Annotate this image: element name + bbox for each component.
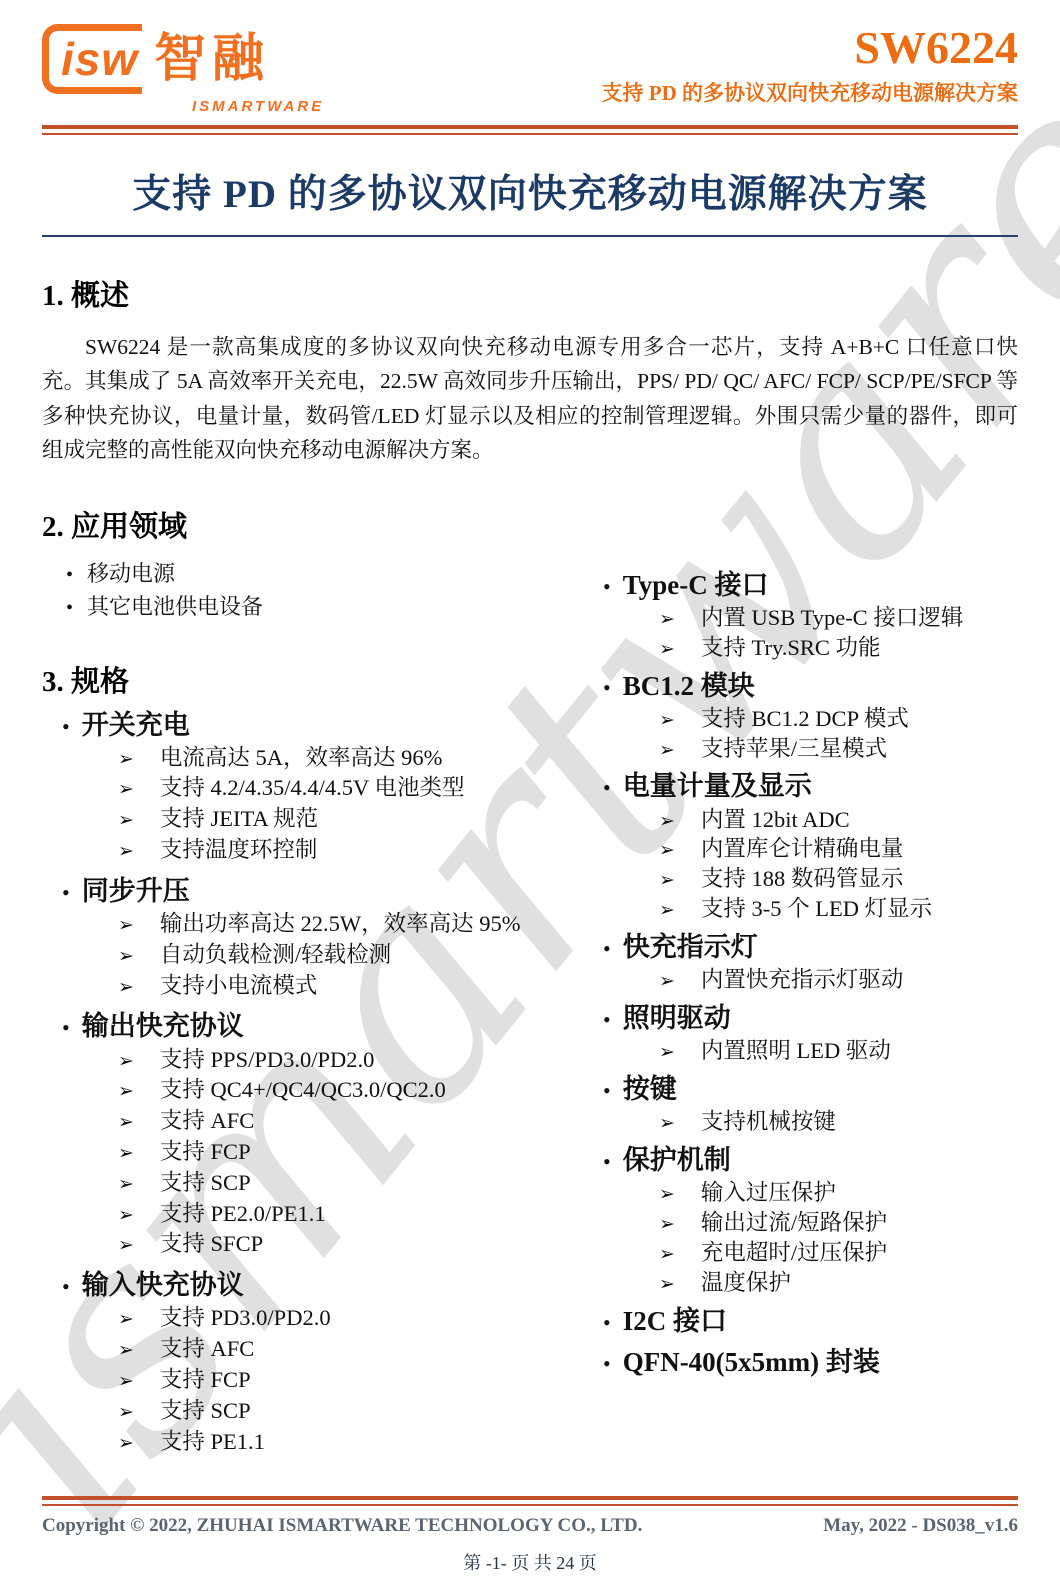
- arrow-bullet-icon: ➢: [118, 1110, 134, 1136]
- spec-item: ➢ 支持小电流模式: [42, 971, 587, 1002]
- spec-group-title: • I2C 接口: [597, 1304, 1018, 1339]
- arrow-bullet-icon: ➢: [118, 1172, 134, 1198]
- logo-chinese-text: 智融: [154, 33, 270, 85]
- spec-item-label: 支持温度环控制: [160, 835, 318, 866]
- spec-item: ➢ 内置 USB Type-C 接口逻辑: [597, 603, 1018, 633]
- spec-item-label: 支持 SCP: [160, 1168, 251, 1199]
- spec-item: ➢ 支持温度环控制: [42, 835, 587, 866]
- spec-group-sync-boost: • 同步升压 ➢ 输出功率高达 22.5W，效率高达 95% ➢: [42, 874, 587, 1002]
- arrow-bullet-icon: ➢: [659, 1111, 675, 1136]
- arrow-bullet-icon: ➢: [659, 607, 675, 632]
- spec-item: ➢ 支持 188 数码管显示: [597, 864, 1018, 894]
- spec-group-protection: • 保护机制 ➢ 输入过压保护 ➢ 输出: [597, 1143, 1018, 1298]
- arrow-bullet-icon: ➢: [659, 868, 675, 893]
- spec-item: ➢ 支持 AFC: [42, 1106, 587, 1137]
- spec-item-label: 支持 AFC: [160, 1106, 254, 1137]
- spec-columns: 2. 应用领域 • 移动电源 • 其它电池供电设备 3. 规格: [42, 468, 1018, 1458]
- spec-item: ➢ 支持 SCP: [42, 1396, 587, 1427]
- spec-item-label: 输入过压保护: [701, 1178, 836, 1208]
- application-item-label: 移动电源: [87, 557, 175, 590]
- spec-item-label: 支持 FCP: [160, 1365, 251, 1396]
- spec-item-label: 支持 188 数码管显示: [701, 864, 904, 894]
- spec-item-label: 支持 FCP: [160, 1137, 251, 1168]
- spec-group-title: • QFN-40(5x5mm) 封装: [597, 1345, 1018, 1380]
- bullet-icon: •: [62, 879, 70, 908]
- spec-item-label: 支持 PD3.0/PD2.0: [160, 1303, 331, 1334]
- spec-group-title-label: 电量计量及显示: [623, 769, 812, 804]
- arrow-bullet-icon: ➢: [659, 637, 675, 662]
- spec-group-button: • 按键 ➢ 支持机械按键: [597, 1072, 1018, 1137]
- bullet-icon: •: [603, 774, 611, 803]
- spec-group-input-protocols: • 输入快充协议 ➢ 支持 PD3.0/PD2.0 ➢: [42, 1268, 587, 1457]
- section-1-heading: 1. 概述: [42, 273, 1018, 314]
- arrow-bullet-icon: ➢: [118, 1079, 134, 1105]
- arrow-bullet-icon: ➢: [659, 809, 675, 834]
- spec-group-title: • 输出快充协议: [42, 1009, 587, 1044]
- arrow-bullet-icon: ➢: [659, 838, 675, 863]
- spec-group-title-label: QFN-40(5x5mm) 封装: [623, 1345, 880, 1380]
- bullet-icon: •: [603, 1006, 611, 1035]
- spec-item: ➢ 自动负载检测/轻载检测: [42, 940, 587, 971]
- arrow-bullet-icon: ➢: [659, 1040, 675, 1065]
- arrow-bullet-icon: ➢: [118, 1400, 134, 1426]
- spec-group-lighting: • 照明驱动 ➢ 内置照明 LED 驱动: [597, 1001, 1018, 1066]
- spec-group-title-label: 照明驱动: [623, 1001, 731, 1036]
- spec-item: ➢ 输入过压保护: [597, 1178, 1018, 1208]
- spec-item-label: 充电超时/过压保护: [701, 1238, 887, 1268]
- header-divider: [42, 125, 1018, 135]
- bullet-icon: •: [66, 560, 73, 590]
- logo-bracket-shape: isw: [42, 24, 142, 94]
- spec-item: ➢ 支持 AFC: [42, 1334, 587, 1365]
- spec-item: ➢ 支持 PE2.0/PE1.1: [42, 1199, 587, 1230]
- spec-item-label: 支持小电流模式: [160, 971, 318, 1002]
- arrow-bullet-icon: ➢: [659, 969, 675, 994]
- spec-group-fuel-gauge: • 电量计量及显示 ➢ 内置 12bit ADC ➢: [597, 769, 1018, 924]
- logo-subtext: ISMARTWARE: [192, 98, 324, 115]
- title-divider: [42, 235, 1018, 237]
- spec-item-list: ➢ 内置 USB Type-C 接口逻辑 ➢ 支持 Try.SRC 功能: [597, 603, 1018, 663]
- left-column: 2. 应用领域 • 移动电源 • 其它电池供电设备 3. 规格: [42, 468, 587, 1458]
- spec-item: ➢ 支持 PD3.0/PD2.0: [42, 1303, 587, 1334]
- arrow-bullet-icon: ➢: [118, 1233, 134, 1259]
- arrow-bullet-icon: ➢: [118, 777, 134, 803]
- spec-group-title: • 按键: [597, 1072, 1018, 1107]
- spec-item: ➢ 电流高达 5A，效率高达 96%: [42, 743, 587, 774]
- copyright-text: Copyright © 2022, ZHUHAI ISMARTWARE TECH…: [42, 1515, 642, 1537]
- spec-group-title: • 照明驱动: [597, 1001, 1018, 1036]
- spec-item: ➢ 支持 4.2/4.35/4.4/4.5V 电池类型: [42, 773, 587, 804]
- bullet-icon: •: [62, 1014, 70, 1043]
- spec-item-label: 支持 Try.SRC 功能: [701, 633, 881, 663]
- spec-group-title-label: 快充指示灯: [623, 930, 758, 965]
- arrow-bullet-icon: ➢: [118, 747, 134, 773]
- spec-item: ➢ 内置 12bit ADC: [597, 805, 1018, 835]
- arrow-bullet-icon: ➢: [118, 839, 134, 865]
- spec-item: ➢ 支持 Try.SRC 功能: [597, 633, 1018, 663]
- spec-group-switch-charging: • 开关充电 ➢ 电流高达 5A，效率高达 96% ➢: [42, 708, 587, 866]
- spec-item: ➢ 内置照明 LED 驱动: [597, 1036, 1018, 1066]
- spec-group-title-label: I2C 接口: [623, 1304, 727, 1339]
- spec-item-label: 支持 PE1.1: [160, 1427, 265, 1458]
- arrow-bullet-icon: ➢: [118, 1307, 134, 1333]
- spec-group-title: • BC1.2 模块: [597, 669, 1018, 704]
- spec-item: ➢ 支持苹果/三星模式: [597, 734, 1018, 764]
- arrow-bullet-icon: ➢: [118, 1203, 134, 1229]
- spec-group-package: • QFN-40(5x5mm) 封装: [597, 1345, 1018, 1380]
- spec-group-i2c: • I2C 接口: [597, 1304, 1018, 1339]
- spec-item-list: ➢ 内置 12bit ADC ➢ 内置库仑计精确电量 ➢ 支持 18: [597, 805, 1018, 925]
- spec-item-list: ➢ 输入过压保护 ➢ 输出过流/短路保护 ➢ 充电超时/过压保护: [597, 1178, 1018, 1298]
- bullet-icon: •: [66, 593, 73, 623]
- spec-group-title: • 同步升压: [42, 874, 587, 909]
- spec-group-title-label: 输入快充协议: [82, 1268, 244, 1303]
- arrow-bullet-icon: ➢: [659, 1272, 675, 1297]
- spec-group-title: • 保护机制: [597, 1143, 1018, 1178]
- spec-item: ➢ 支持 SFCP: [42, 1229, 587, 1260]
- arrow-bullet-icon: ➢: [659, 898, 675, 923]
- section-2-heading: 2. 应用领域: [42, 504, 587, 545]
- spec-item-label: 支持 PE2.0/PE1.1: [160, 1199, 326, 1230]
- arrow-bullet-icon: ➢: [118, 975, 134, 1001]
- arrow-bullet-icon: ➢: [118, 1369, 134, 1395]
- spec-group-title-label: 同步升压: [82, 874, 190, 909]
- spec-item: ➢ 支持 3-5 个 LED 灯显示: [597, 894, 1018, 924]
- arrow-bullet-icon: ➢: [118, 1431, 134, 1457]
- spec-item-label: 内置照明 LED 驱动: [701, 1036, 891, 1066]
- spec-item-label: 输出功率高达 22.5W，效率高达 95%: [160, 909, 521, 940]
- spec-item: ➢ 输出过流/短路保护: [597, 1208, 1018, 1238]
- spec-group-title-label: 按键: [623, 1072, 677, 1107]
- spec-group-title-label: 输出快充协议: [82, 1009, 244, 1044]
- right-column: • Type-C 接口 ➢ 内置 USB Type-C 接口逻辑 ➢: [587, 468, 1018, 1458]
- spec-item-label: 支持 AFC: [160, 1334, 254, 1365]
- bullet-icon: •: [603, 674, 611, 703]
- spec-item: ➢ 支持机械按键: [597, 1107, 1018, 1137]
- overview-paragraph: SW6224 是一款高集成度的多协议双向快充移动电源专用多合一芯片，支持 A+B…: [42, 330, 1018, 468]
- spec-item: ➢ 支持 FCP: [42, 1137, 587, 1168]
- spec-item: ➢ 支持 PE1.1: [42, 1427, 587, 1458]
- spec-group-title: • Type-C 接口: [597, 568, 1018, 603]
- spec-item: ➢ 支持 JEITA 规范: [42, 804, 587, 835]
- spec-item-label: 支持 4.2/4.35/4.4/4.5V 电池类型: [160, 773, 465, 804]
- spec-item: ➢ 充电超时/过压保护: [597, 1238, 1018, 1268]
- spec-item: ➢ 支持 FCP: [42, 1365, 587, 1396]
- ismartware-logo: isw 智融 ISMARTWARE: [42, 24, 324, 115]
- spec-group-title-label: 保护机制: [623, 1143, 731, 1178]
- spec-group-title-label: Type-C 接口: [623, 568, 769, 603]
- page-header: isw 智融 ISMARTWARE SW6224 支持 PD 的多协议双向快充移…: [42, 0, 1018, 115]
- spec-item: ➢ 支持 PPS/PD3.0/PD2.0: [42, 1045, 587, 1076]
- bullet-icon: •: [603, 1148, 611, 1177]
- datasheet-page: ismartware isw 智融 ISMARTWARE SW6224 支持 P…: [0, 0, 1060, 1587]
- spec-item-list: ➢ 电流高达 5A，效率高达 96% ➢ 支持 4.2/4.35/4.4/4.5…: [42, 743, 587, 866]
- section-overview: 1. 概述 SW6224 是一款高集成度的多协议双向快充移动电源专用多合一芯片，…: [42, 273, 1018, 468]
- bullet-icon: •: [603, 573, 611, 602]
- bullet-icon: •: [603, 935, 611, 964]
- spec-item: ➢ 支持 QC4+/QC4/QC3.0/QC2.0: [42, 1075, 587, 1106]
- spec-item-label: 支持机械按键: [701, 1107, 836, 1137]
- part-number: SW6224: [602, 24, 1019, 72]
- spec-group-title-label: BC1.2 模块: [623, 669, 755, 704]
- application-item: • 移动电源: [42, 557, 587, 590]
- spec-group-title: • 快充指示灯: [597, 930, 1018, 965]
- page-number: 第 -1- 页 共 24 页: [42, 1549, 1018, 1575]
- spec-item-label: 支持 QC4+/QC4/QC3.0/QC2.0: [160, 1075, 446, 1106]
- spec-item-list: ➢ 内置快充指示灯驱动: [597, 965, 1018, 995]
- bullet-icon: •: [603, 1309, 611, 1338]
- spec-item-label: 温度保护: [701, 1268, 791, 1298]
- arrow-bullet-icon: ➢: [659, 1182, 675, 1207]
- spec-item: ➢ 内置库仑计精确电量: [597, 834, 1018, 864]
- section-3-heading: 3. 规格: [42, 659, 587, 700]
- spec-group-title: • 开关充电: [42, 708, 587, 743]
- spec-group-output-protocols: • 输出快充协议 ➢ 支持 PPS/PD3.0/PD2.0 ➢: [42, 1009, 587, 1260]
- spec-item-label: 电流高达 5A，效率高达 96%: [160, 743, 443, 774]
- footer-divider: [42, 1496, 1018, 1506]
- spec-item-label: 支持 3-5 个 LED 灯显示: [701, 894, 932, 924]
- spec-item-label: 内置 USB Type-C 接口逻辑: [701, 603, 963, 633]
- spec-item-label: 内置 12bit ADC: [701, 805, 850, 835]
- spec-item-label: 输出过流/短路保护: [701, 1208, 887, 1238]
- spec-item: ➢ 输出功率高达 22.5W，效率高达 95%: [42, 909, 587, 940]
- doc-version: May, 2022 - DS038_v1.6: [823, 1515, 1018, 1537]
- arrow-bullet-icon: ➢: [659, 1212, 675, 1237]
- bullet-icon: •: [603, 1077, 611, 1106]
- arrow-bullet-icon: ➢: [659, 1242, 675, 1267]
- spec-item: ➢ 支持 BC1.2 DCP 模式: [597, 704, 1018, 734]
- spec-item-label: 支持 PPS/PD3.0/PD2.0: [160, 1045, 374, 1076]
- bullet-icon: •: [62, 713, 70, 742]
- spec-item: ➢ 支持 SCP: [42, 1168, 587, 1199]
- application-item-label: 其它电池供电设备: [87, 590, 263, 623]
- spec-group-bc12: • BC1.2 模块 ➢ 支持 BC1.2 DCP 模式 ➢: [597, 669, 1018, 764]
- spec-item-list: ➢ 支持机械按键: [597, 1107, 1018, 1137]
- arrow-bullet-icon: ➢: [118, 808, 134, 834]
- spec-group-type-c: • Type-C 接口 ➢ 内置 USB Type-C 接口逻辑 ➢: [597, 568, 1018, 663]
- spec-item: ➢ 温度保护: [597, 1268, 1018, 1298]
- spec-item-list: ➢ 内置照明 LED 驱动: [597, 1036, 1018, 1066]
- spec-group-title: • 输入快充协议: [42, 1268, 587, 1303]
- arrow-bullet-icon: ➢: [118, 944, 134, 970]
- application-item: • 其它电池供电设备: [42, 590, 587, 623]
- arrow-bullet-icon: ➢: [659, 738, 675, 763]
- page-footer: Copyright © 2022, ZHUHAI ISMARTWARE TECH…: [42, 1486, 1018, 1575]
- arrow-bullet-icon: ➢: [118, 1049, 134, 1075]
- spec-item-label: 内置库仑计精确电量: [701, 834, 904, 864]
- spec-group-fastcharge-led: • 快充指示灯 ➢ 内置快充指示灯驱动: [597, 930, 1018, 995]
- application-list: • 移动电源 • 其它电池供电设备: [42, 557, 587, 623]
- spec-item-list: ➢ 支持 PD3.0/PD2.0 ➢ 支持 AFC ➢ 支持 FCP: [42, 1303, 587, 1457]
- arrow-bullet-icon: ➢: [118, 913, 134, 939]
- spec-item-label: 自动负载检测/轻载检测: [160, 940, 391, 971]
- spec-item-label: 支持 SCP: [160, 1396, 251, 1427]
- spec-item-list: ➢ 支持 PPS/PD3.0/PD2.0 ➢ 支持 QC4+/QC4/QC3.0…: [42, 1045, 587, 1261]
- arrow-bullet-icon: ➢: [118, 1141, 134, 1167]
- spec-item-label: 支持 JEITA 规范: [160, 804, 318, 835]
- spec-item-list: ➢ 支持 BC1.2 DCP 模式 ➢ 支持苹果/三星模式: [597, 704, 1018, 764]
- spec-group-title-label: 开关充电: [82, 708, 190, 743]
- bullet-icon: •: [62, 1273, 70, 1302]
- spec-item-list: ➢ 输出功率高达 22.5W，效率高达 95% ➢ 自动负载检测/轻载检测 ➢: [42, 909, 587, 1001]
- arrow-bullet-icon: ➢: [118, 1338, 134, 1364]
- logo-isw-text: isw: [61, 36, 138, 82]
- arrow-bullet-icon: ➢: [659, 708, 675, 733]
- spec-group-title: • 电量计量及显示: [597, 769, 1018, 804]
- spec-item-label: 支持 BC1.2 DCP 模式: [701, 704, 909, 734]
- header-tagline: 支持 PD 的多协议双向快充移动电源解决方案: [602, 77, 1019, 107]
- page-title: 支持 PD 的多协议双向快充移动电源解决方案: [42, 163, 1018, 219]
- spec-item: ➢ 内置快充指示灯驱动: [597, 965, 1018, 995]
- spec-item-label: 内置快充指示灯驱动: [701, 965, 904, 995]
- bullet-icon: •: [603, 1350, 611, 1379]
- spec-item-label: 支持 SFCP: [160, 1229, 263, 1260]
- spec-item-label: 支持苹果/三星模式: [701, 734, 887, 764]
